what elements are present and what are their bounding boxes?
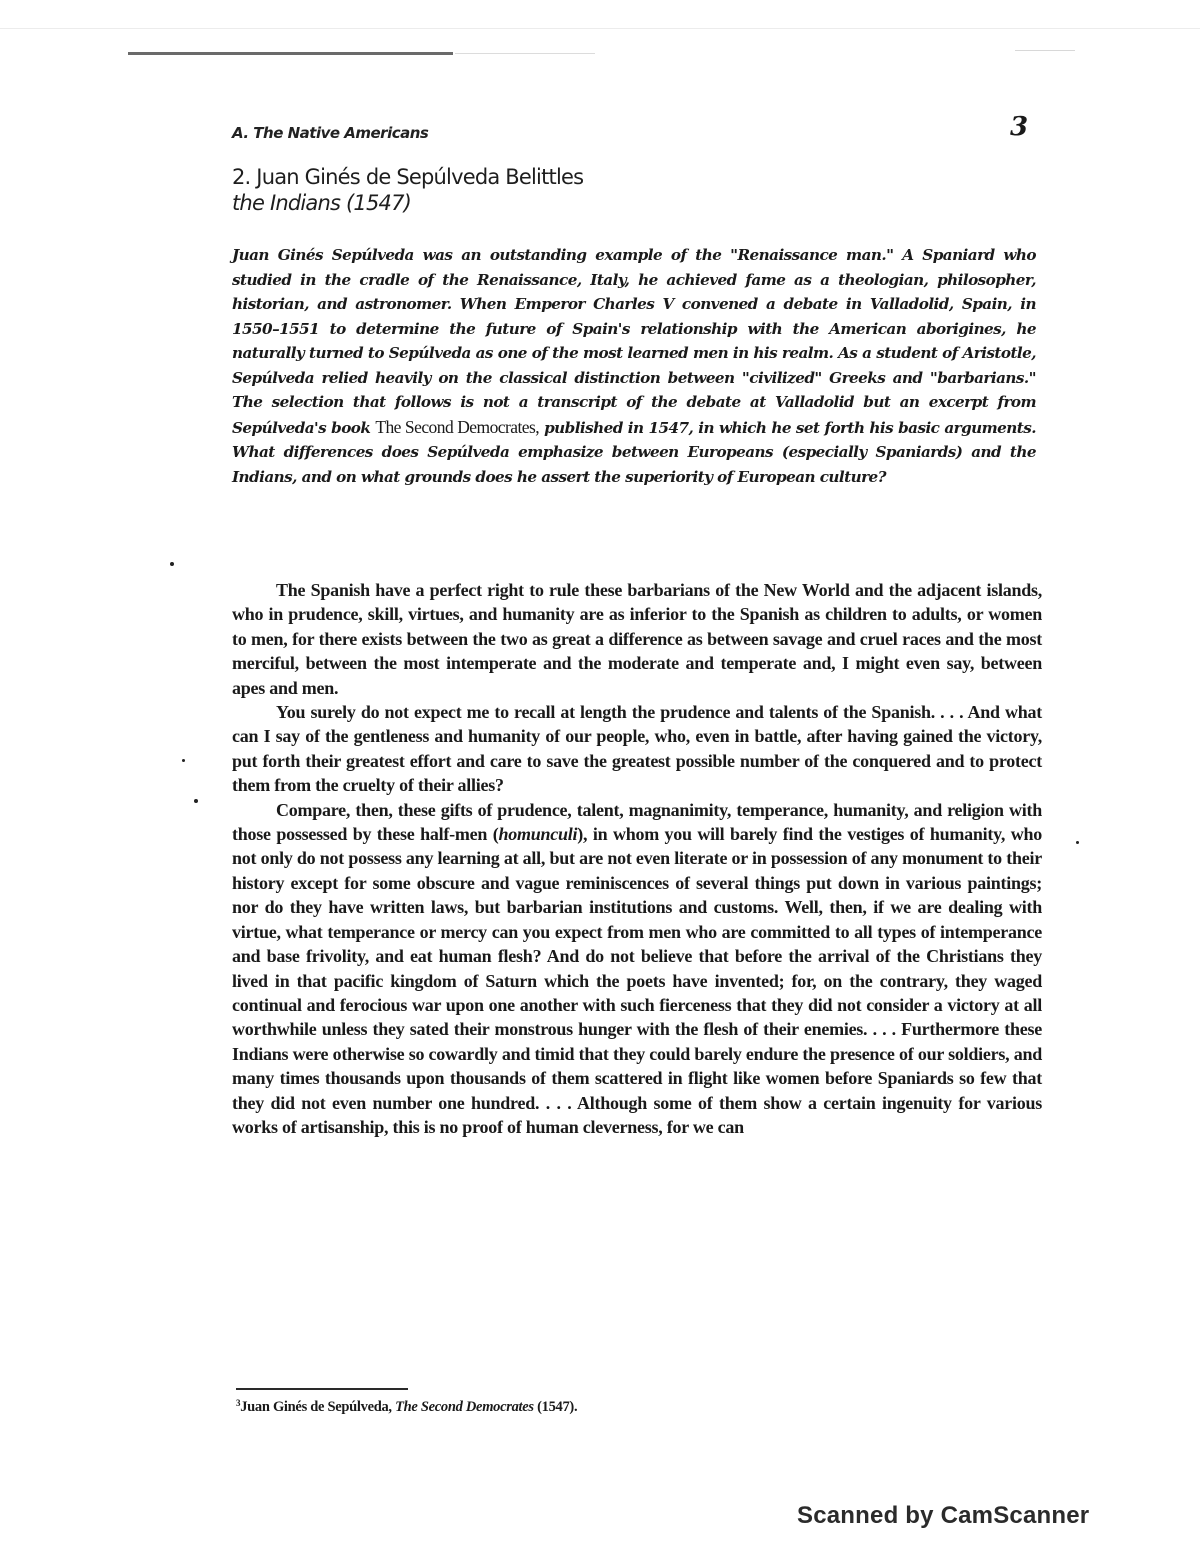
body-paragraph-1: The Spanish have a perfect right to rule… [232, 578, 1042, 700]
body-text: The Spanish have a perfect right to rule… [232, 578, 1042, 1139]
footnote: 3Juan Ginés de Sepúlveda, The Second Dem… [236, 1398, 577, 1416]
scan-speck [194, 799, 198, 803]
intro-headnote: Juan Ginés Sepúlveda was an outstanding … [232, 243, 1036, 489]
section-title-line1: 2. Juan Ginés de Sepúlveda Belittles [232, 164, 932, 190]
camscanner-watermark: Scanned by CamScanner [797, 1502, 1089, 1530]
running-head: A. The Native Americans [232, 124, 428, 142]
page-number: 3 [1010, 112, 1028, 142]
top-rule-faint [455, 53, 595, 54]
footnote-rule [236, 1388, 408, 1390]
body-paragraph-2: You surely do not expect me to recall at… [232, 700, 1042, 798]
latin-term: homunculi [498, 824, 577, 844]
body-paragraph-3: Compare, then, these gifts of prudence, … [232, 798, 1042, 1140]
scan-noise-line [0, 28, 1200, 29]
intro-part1: Juan Ginés Sepúlveda was an outstanding … [232, 246, 1036, 437]
top-rule-right [1015, 50, 1075, 51]
footnote-year: (1547). [534, 1399, 578, 1415]
footnote-author: Juan Ginés de Sepúlveda, [240, 1399, 395, 1415]
scan-speck [1076, 841, 1079, 844]
scan-speck [182, 759, 185, 762]
section-title-line2: the Indians (1547) [232, 190, 932, 216]
footnote-title: The Second Democrates [395, 1399, 534, 1415]
top-rule [128, 52, 453, 55]
intro-book-title: The Second Democrates, [375, 417, 539, 437]
body-paragraph-3b: ), in whom you will barely find the vest… [232, 824, 1042, 1137]
section-title: 2. Juan Ginés de Sepúlveda Belittles the… [232, 164, 932, 216]
scan-speck [170, 562, 174, 566]
